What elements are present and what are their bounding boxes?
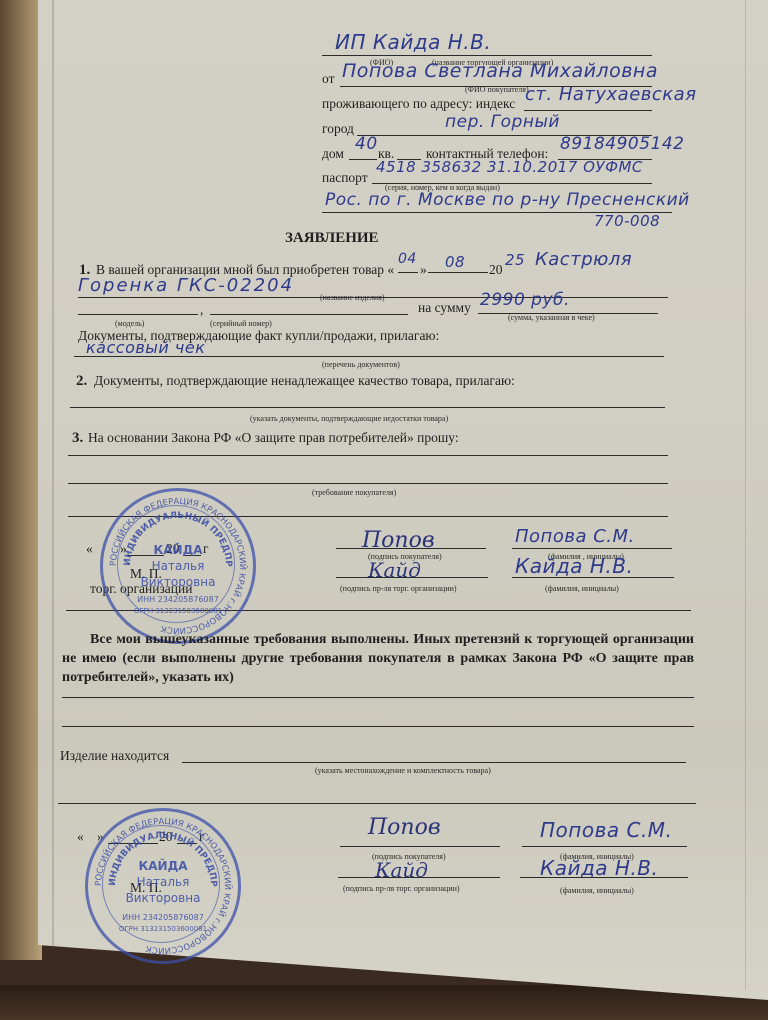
sum-value: 2990 руб.	[480, 290, 570, 310]
stamp-inn: ИНН 234205876087	[88, 913, 238, 922]
seller-name-1: Кайда Н.В.	[515, 554, 633, 578]
page-edge-line	[52, 0, 54, 950]
page-title: ЗАЯВЛЕНИЕ	[285, 230, 379, 247]
stamp-first-name: Наталья	[88, 875, 238, 889]
address-line	[524, 110, 652, 111]
buyer-signature-2: Попов	[368, 815, 441, 840]
seller-name-caption-2: (фамилия, инициалы)	[560, 886, 634, 895]
model-line	[78, 314, 198, 315]
sum-caption: (сумма, указанная в чеке)	[508, 313, 595, 322]
purchase-docs-line	[74, 356, 664, 357]
purchase-docs-value: кассовый чек	[86, 338, 205, 357]
seller-name-line-1	[512, 577, 674, 578]
section3-number: 3.	[72, 430, 83, 447]
seller-signature-2: Кайд	[375, 858, 428, 882]
sig1-date-open: «	[86, 541, 93, 557]
location-line-2	[58, 803, 696, 804]
city-label: город	[322, 121, 354, 137]
purchase-quote-close: »	[420, 262, 427, 278]
serial-line	[210, 314, 408, 315]
section3-text: На основании Закона РФ «О защите прав по…	[88, 430, 459, 446]
buyer-name-line-2	[522, 846, 687, 847]
buyer-signature-1: Попов	[362, 528, 435, 553]
background-left	[0, 0, 42, 960]
section2-caption: (указать документы, подтверждающие недос…	[250, 414, 448, 423]
purchase-day: 04	[398, 251, 417, 267]
stamp-surname: КАЙДА	[103, 543, 253, 557]
seller-signature-line-2	[338, 877, 500, 878]
stamp-surname: КАЙДА	[88, 859, 238, 873]
product-caption: (название изделия)	[320, 293, 385, 302]
phone-value: 89184905142	[560, 134, 684, 154]
purchase-docs-caption: (перечень документов)	[322, 360, 400, 369]
section2-line	[70, 407, 665, 408]
section2-number: 2.	[76, 373, 87, 390]
seller-signature-caption-2: (подпись пр-ля торг. организации)	[343, 884, 460, 893]
section3-line-2	[68, 483, 668, 484]
product-name-start: Кастрюля	[535, 249, 632, 270]
passport-value-line2: Рос. по г. Москве по р-ну Пресненский	[325, 190, 690, 210]
from-caption: (ФИО покупателя)	[465, 85, 529, 94]
recipient-value: ИП Кайда Н.В.	[335, 30, 491, 54]
seller-signature-line-1	[336, 577, 488, 578]
buyer-name-line-1	[512, 548, 672, 549]
company-stamp-1: РОССИЙСКАЯ ФЕДЕРАЦИЯ КРАСНОДАРСКИЙ КРАЙ …	[100, 488, 256, 644]
closing-paragraph: Все мои вышеуказанные требования выполне…	[62, 630, 694, 687]
recipient-line	[322, 55, 652, 56]
location-line	[182, 762, 686, 763]
section3-line-1	[68, 455, 668, 456]
location-label: Изделие находится	[60, 748, 169, 764]
passport-value-line3: 770-008	[594, 212, 660, 230]
stamp-patronymic: Викторовна	[103, 575, 253, 589]
stamp-patronymic: Викторовна	[88, 891, 238, 905]
passport-value: 4518 358632 31.10.2017 ОУФМС	[376, 158, 643, 176]
address-value: ст. Натухаевская	[525, 84, 697, 105]
purchase-year-suffix: 25	[505, 251, 525, 269]
seller-signature-1: Кайд	[368, 558, 421, 582]
seller-name-line-2	[520, 877, 688, 878]
address-label: проживающего по адресу: индекс	[322, 96, 515, 112]
sum-label: на сумму	[418, 300, 471, 316]
city-value: пер. Горный	[445, 112, 560, 132]
buyer-signature-line-2	[340, 846, 500, 847]
stamp-inn: ИНН 234205876087	[103, 595, 253, 604]
model-serial-comma: ,	[200, 302, 203, 318]
serial-caption: (серийный номер)	[210, 319, 272, 328]
product-name-line2: Горенка ГКС-02204	[78, 275, 294, 296]
page-fold-line	[745, 0, 746, 990]
company-stamp-2: РОССИЙСКАЯ ФЕДЕРАЦИЯ КРАСНОДАРСКИЙ КРАЙ …	[85, 808, 241, 964]
purchase-month: 08	[445, 253, 465, 271]
house-line	[349, 159, 377, 160]
sig2-date-open: «	[77, 829, 84, 845]
house-value: 40	[355, 134, 378, 154]
buyer-name-1: Попова С.М.	[515, 526, 635, 547]
section3-caption: (требование покупателя)	[312, 488, 396, 497]
stamp-first-name: Наталья	[103, 559, 253, 573]
buyer-name-2: Попова С.М.	[540, 818, 672, 842]
from-label: от	[322, 71, 334, 87]
seller-name-caption-1: (фамилия, инициалы)	[545, 584, 619, 593]
location-caption: (указать местонахождение и комплектность…	[315, 766, 491, 775]
model-caption: (модель)	[115, 319, 144, 328]
passport-label: паспорт	[322, 170, 368, 186]
seller-signature-caption-1: (подпись пр-ля торг. организации)	[340, 584, 457, 593]
stamp-ogrn: ОГРН 313231503600081	[103, 607, 253, 615]
purchase-year-prefix: 20	[489, 262, 503, 278]
buyer-signature-line-1	[336, 548, 486, 549]
purchase-month-line	[428, 272, 488, 273]
closing-line-1	[62, 697, 694, 698]
house-label: дом	[322, 146, 344, 162]
stamp-ogrn: ОГРН 313231503600081	[88, 925, 238, 933]
closing-line-2	[62, 726, 694, 727]
from-value: Попова Светлана Михайловна	[342, 60, 658, 82]
purchase-day-line	[398, 272, 418, 273]
section2-text: Документы, подтверждающие ненадлежащее к…	[94, 373, 515, 389]
